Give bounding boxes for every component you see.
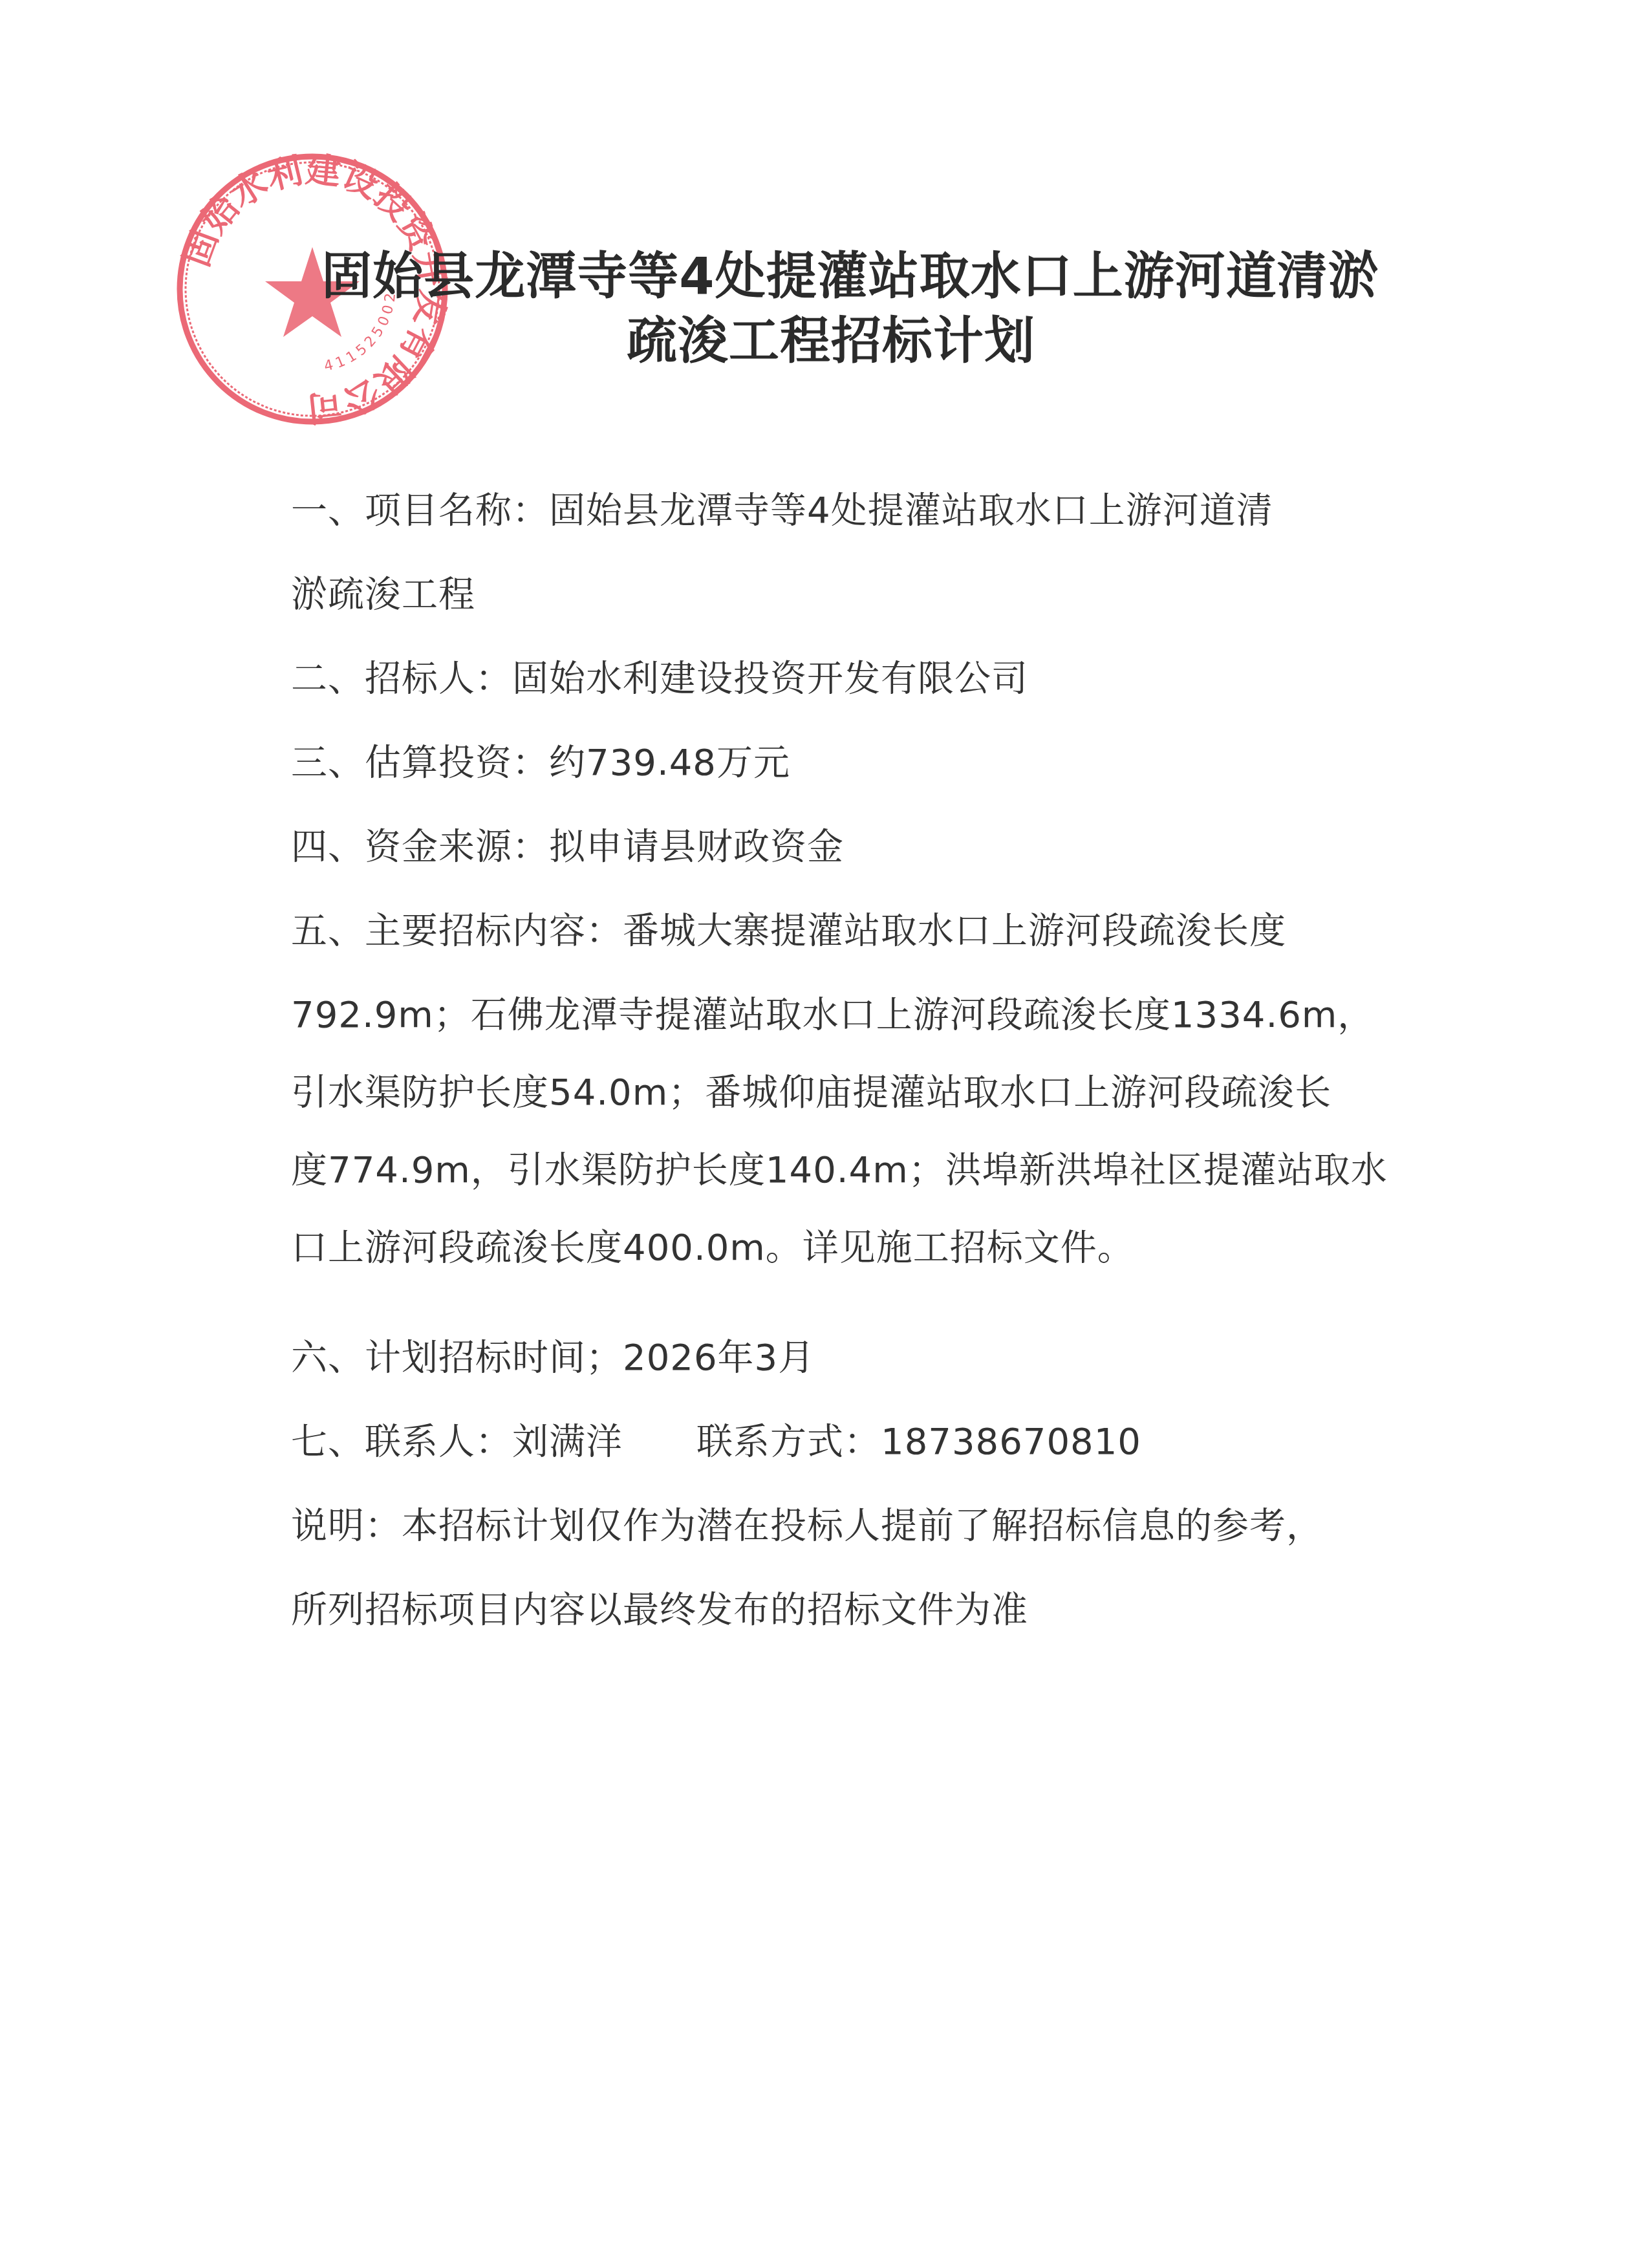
planned-time-line: 六、计划招标时间；2026年3月 bbox=[291, 1329, 1403, 1381]
estimated-investment-line: 三、估算投资：约739.48万元 bbox=[291, 734, 1403, 786]
main-content-line-1: 五、主要招标内容：番城大寨提灌站取水口上游河段疏浚长度 bbox=[291, 902, 1403, 954]
main-content-line-4: 度774.9m，引水渠防护长度140.4m；洪埠新洪埠社区提灌站取水 bbox=[291, 1141, 1403, 1193]
main-content-line-2: 792.9m；石佛龙潭寺提灌站取水口上游河段疏浚长度1334.6m， bbox=[291, 986, 1403, 1038]
document-title-line-2: 疏浚工程招标计划 bbox=[6, 301, 1649, 373]
note-line-1: 说明：本招标计划仅作为潜在投标人提前了解招标信息的参考， bbox=[291, 1497, 1403, 1549]
contact-line: 七、联系人：刘满洋 联系方式：18738670810 bbox=[291, 1413, 1403, 1465]
document-title-line-1: 固始县龙潭寺等4处提灌站取水口上游河道清淤 bbox=[26, 236, 1649, 308]
note-line-2: 所列招标项目内容以最终发布的招标文件为准 bbox=[291, 1581, 1403, 1633]
main-content-line-5: 口上游河段疏浚长度400.0m。详见施工招标文件。 bbox=[291, 1219, 1403, 1271]
project-name-line-1: 一、项目名称：固始县龙潭寺等4处提灌站取水口上游河道清 bbox=[291, 482, 1403, 534]
funding-source-line: 四、资金来源：拟申请县财政资金 bbox=[291, 818, 1403, 870]
document-page: 固始水利建设投资开发有限公司 4115250020 固始县龙潭寺等4处提灌站取水… bbox=[0, 0, 1649, 2268]
main-content-line-3: 引水渠防护长度54.0m；番城仰庙提灌站取水口上游河段疏浚长 bbox=[291, 1064, 1403, 1116]
tenderer-line: 二、招标人：固始水利建设投资开发有限公司 bbox=[291, 650, 1403, 702]
project-name-line-2: 淤疏浚工程 bbox=[291, 566, 1403, 618]
